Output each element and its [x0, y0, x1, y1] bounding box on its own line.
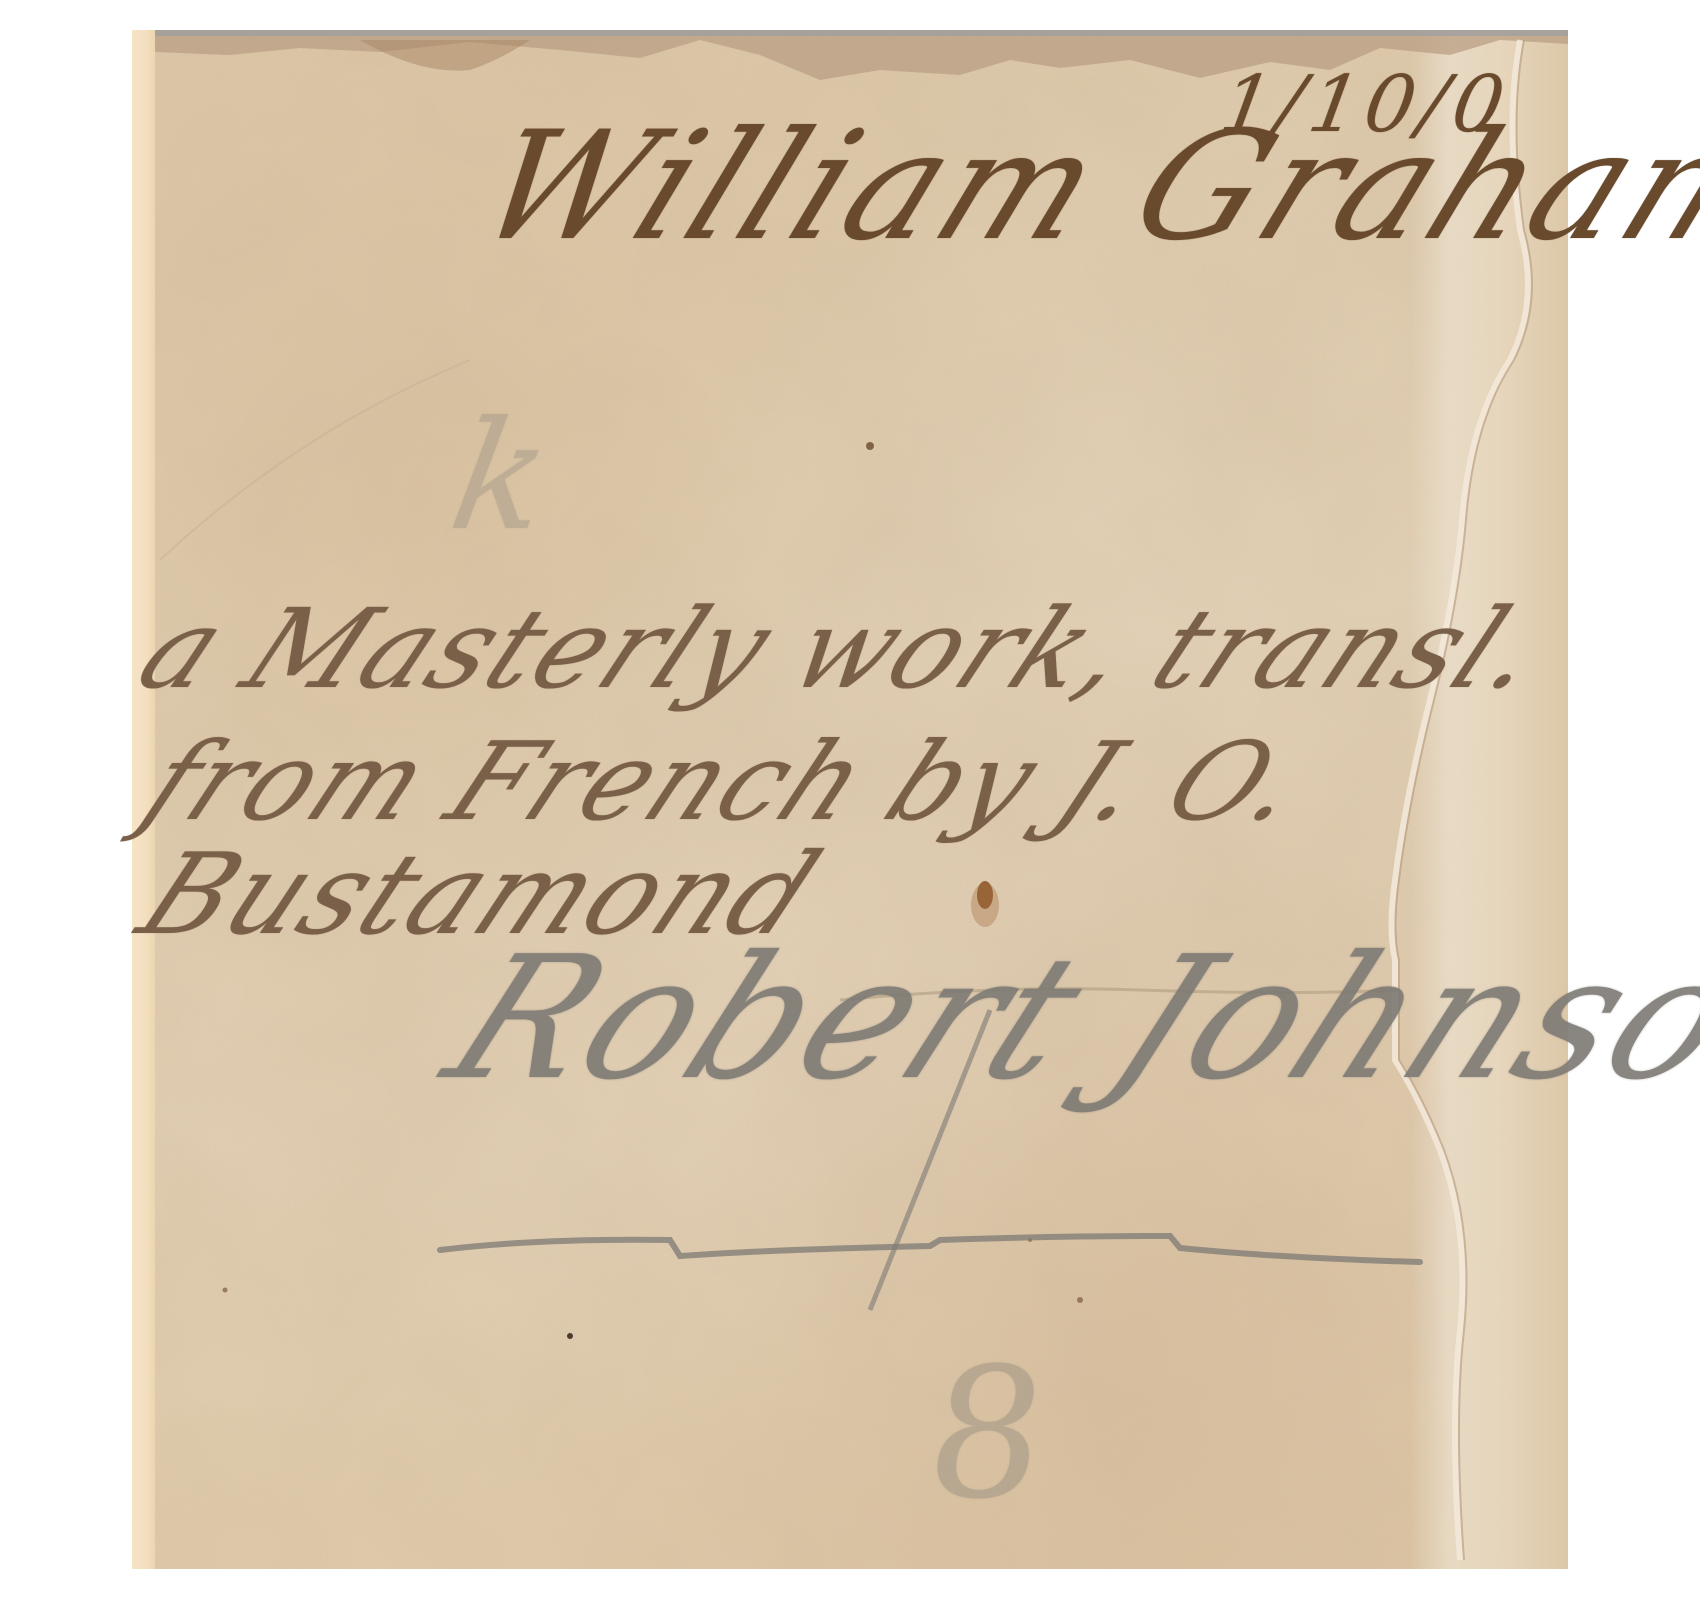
pencil-signature: Robert Johnson: [420, 920, 1700, 1118]
note-line-1: a Masterly work, transl.: [120, 585, 1566, 713]
note-line-2: from French by J. O.: [125, 720, 1326, 845]
owner-signature: William Graham: [455, 100, 1700, 274]
scanned-page: 1/10/0 William Graham k a Masterly work,…: [0, 0, 1700, 1600]
